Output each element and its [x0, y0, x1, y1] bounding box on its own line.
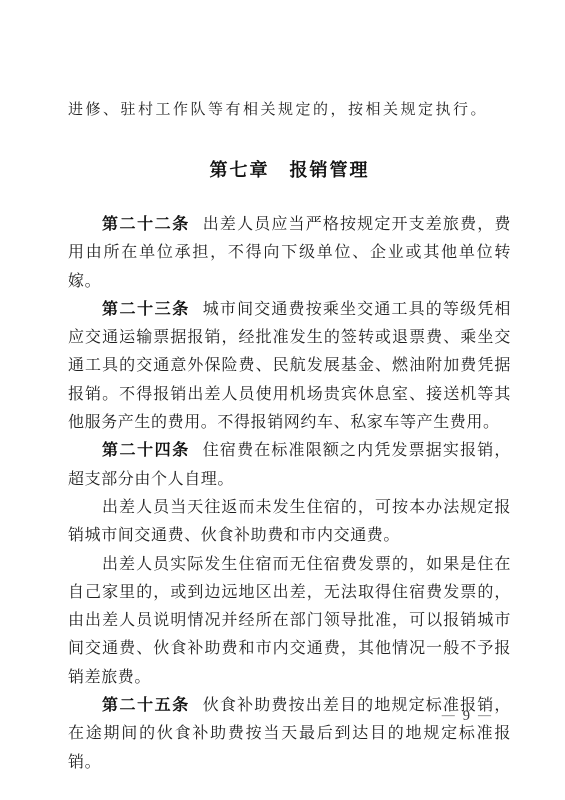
article-number-label: 第二十五条	[102, 697, 190, 714]
page-number: 9	[463, 708, 471, 724]
article-number-label: 第二十四条	[102, 442, 190, 459]
article-paragraph: 出差人员当天往返而未发生住宿的，可按本办法规定报销城市间交通费、伙食补助费和市内…	[68, 494, 511, 551]
chapter-heading: 第七章 报销管理	[68, 156, 511, 184]
footer-left-dash: —	[442, 707, 456, 722]
article-text: 出差人员实际发生住宿而无住宿费发票的，如果是住在自己家里的，或到边远地区出差，无…	[68, 556, 511, 686]
article-paragraph: 第二十二条出差人员应当严格按规定开支差旅费，费用由所在单位承担，不得向下级单位、…	[68, 211, 511, 296]
article-number-label: 第二十二条	[102, 216, 190, 233]
footer-right-dash: —	[478, 707, 492, 722]
article-number-label: 第二十三条	[102, 301, 190, 318]
opening-line: 进修、驻村工作队等有相关规定的，按相关规定执行。	[68, 96, 511, 124]
article-paragraph: 第二十四条住宿费在标准限额之内凭发票据实报销，超支部分由个人自理。	[68, 437, 511, 494]
article-text: 出差人员当天往返而未发生住宿的，可按本办法规定报销城市间交通费、伙食补助费和市内…	[68, 499, 511, 544]
page-footer: —9—	[435, 708, 499, 725]
article-paragraph: 出差人员实际发生住宿而无住宿费发票的，如果是住在自己家里的，或到边远地区出差，无…	[68, 551, 511, 692]
article-paragraph: 第二十五条伙食补助费按出差目的地规定标准报销，在途期间的伙食补助费按当天最后到达…	[68, 692, 511, 777]
article-paragraphs: 第二十二条出差人员应当严格按规定开支差旅费，费用由所在单位承担，不得向下级单位、…	[68, 211, 511, 777]
document-page: 进修、驻村工作队等有相关规定的，按相关规定执行。 第七章 报销管理 第二十二条出…	[0, 0, 565, 800]
article-paragraph: 第二十三条城市间交通费按乘坐交通工具的等级凭相应交通运输票据报销，经批准发生的签…	[68, 296, 511, 437]
page-content: 进修、驻村工作队等有相关规定的，按相关规定执行。 第七章 报销管理 第二十二条出…	[68, 96, 511, 777]
article-text: 城市间交通费按乘坐交通工具的等级凭相应交通运输票据报销，经批准发生的签转或退票费…	[68, 301, 511, 431]
